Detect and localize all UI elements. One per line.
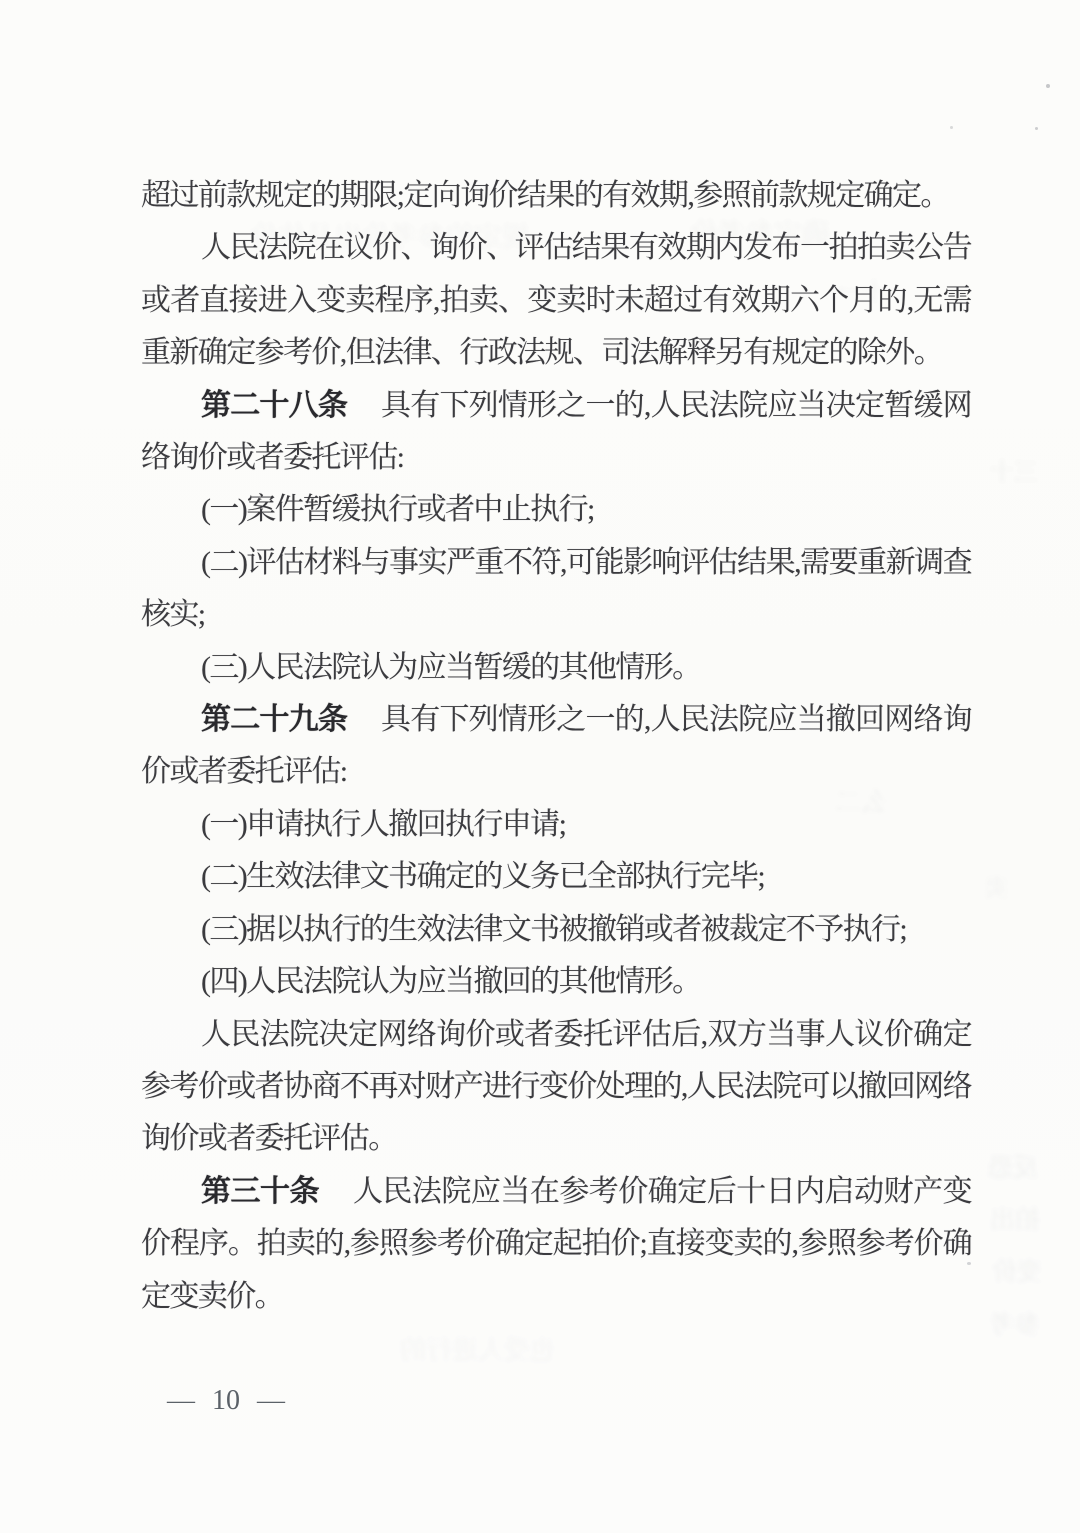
article-paragraph: 第二十八条具有下列情形之一的,人民法院应当决定暂缓网络询价或者委托评估: xyxy=(141,380,971,485)
bleedthrough-ghost-text: 三十 xyxy=(990,452,1038,487)
scan-speck xyxy=(950,126,953,129)
article-number: 第二十八条 xyxy=(201,389,347,422)
paragraph: (三)据以执行的生效法律文书被撤销或者被裁定不予执行; xyxy=(141,904,971,956)
paragraph-text: (四)人民法院认为应当撤回的其他情形。 xyxy=(201,965,701,998)
paragraph-text: (一)申请执行人撤回执行申请; xyxy=(201,808,565,841)
article-paragraph: 第二十九条具有下列情形之一的,人民法院应当撤回网络询价或者委托评估: xyxy=(141,694,971,799)
paragraph-text: (一)案件暂缓执行或者中止执行; xyxy=(201,493,594,526)
paragraph-text: 超过前款规定的期限;定向询价结果的有效期,参照前款规定确定。 xyxy=(141,179,949,212)
paragraph: (二)评估材料与事实严重不符,可能影响评估结果,需要重新调查核实; xyxy=(141,537,971,642)
footer-dash-left: — xyxy=(167,1384,195,1418)
paragraph: (三)人民法院认为应当暂缓的其他情形。 xyxy=(141,642,971,694)
scan-speck xyxy=(1035,127,1038,130)
bleedthrough-ghost-text: 拍出 xyxy=(990,1200,1040,1236)
paragraph: (四)人民法院认为应当撤回的其他情形。 xyxy=(141,956,971,1008)
bleedthrough-ghost-text: 变价 xyxy=(992,1252,1042,1288)
paragraph: 人民法院决定网络询价或者委托评估后,双方当事人议价确定参考价或者协商不再对财产进… xyxy=(141,1009,971,1166)
scanned-document-page: 超过前款规定的期限;定向询价结果的有效期,参照前款规定确定。人民法院在议价、询价… xyxy=(0,0,1080,1533)
paragraph-text: 人民法院决定网络询价或者委托评估后,双方当事人议价确定参考价或者协商不再对财产进… xyxy=(141,1018,971,1156)
paragraph-text: (三)据以执行的生效法律文书被撤销或者被裁定不予执行; xyxy=(201,913,906,946)
document-text-block: 超过前款规定的期限;定向询价结果的有效期,参照前款规定确定。人民法院在议价、询价… xyxy=(141,170,971,1323)
paragraph: (一)案件暂缓执行或者中止执行; xyxy=(141,484,971,536)
page-footer: — 10 — xyxy=(167,1381,285,1421)
paragraph-text: (二)评估材料与事实严重不符,可能影响评估结果,需要重新调查核实; xyxy=(141,546,971,631)
footer-dash-right: — xyxy=(257,1384,285,1418)
paragraph-text: (二)生效法律文书确定的义务已全部执行完毕; xyxy=(201,860,764,893)
bleedthrough-ghost-text: 反恐 xyxy=(988,1148,1038,1184)
scan-speck xyxy=(1046,84,1050,88)
paragraph-text: 人民法院在议价、询价、评估结果有效期内发布一拍拍卖公告或者直接进入变卖程序,拍卖… xyxy=(141,231,971,369)
paragraph: (一)申请执行人撤回执行申请; xyxy=(141,799,971,851)
bleedthrough-ghost-text: 参考 xyxy=(990,1305,1040,1341)
article-number: 第三十条 xyxy=(201,1175,319,1208)
article-number: 第二十九条 xyxy=(201,703,347,736)
article-paragraph: 第三十条人民法院应当在参考价确定后十日内启动财产变价程序。拍卖的,参照参考价确定… xyxy=(141,1166,971,1323)
paragraph: 人民法院在议价、询价、评估结果有效期内发布一拍拍卖公告或者直接进入变卖程序,拍卖… xyxy=(141,222,971,379)
bleedthrough-ghost-text: 也受人进行的 xyxy=(400,1330,556,1367)
paragraph-text: (三)人民法院认为应当暂缓的其他情形。 xyxy=(201,651,701,684)
page-number: 10 xyxy=(212,1381,240,1421)
paragraph: 超过前款规定的期限;定向询价结果的有效期,参照前款规定确定。 xyxy=(141,170,971,222)
paragraph: (二)生效法律文书确定的义务已全部执行完毕; xyxy=(141,851,971,903)
bleedthrough-ghost-text: 卖 xyxy=(985,868,1009,903)
